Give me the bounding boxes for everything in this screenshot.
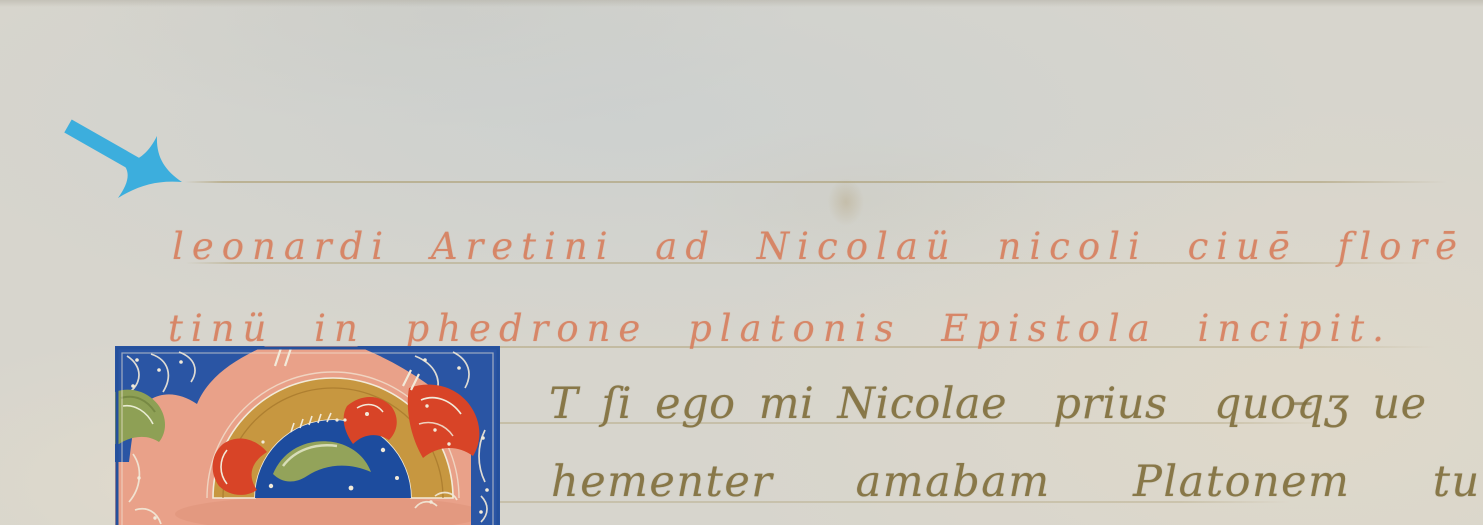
rubric-line-2: tinü in phedrone platonis Epistola incip… [168,310,1392,347]
body-line-2: hementer amabam Platonem tu [551,461,1481,504]
ruled-line-top [185,181,1447,183]
manuscript-page: leonardi Aretini ad Nicolaü nicoli ciuē … [0,0,1483,525]
annotation-arrow-icon [52,112,202,202]
rubric-line-1: leonardi Aretini ad Nicolaü nicoli ciuē … [172,228,1465,265]
line-filler-dash: – [1292,380,1314,423]
illuminated-initial [115,346,500,525]
